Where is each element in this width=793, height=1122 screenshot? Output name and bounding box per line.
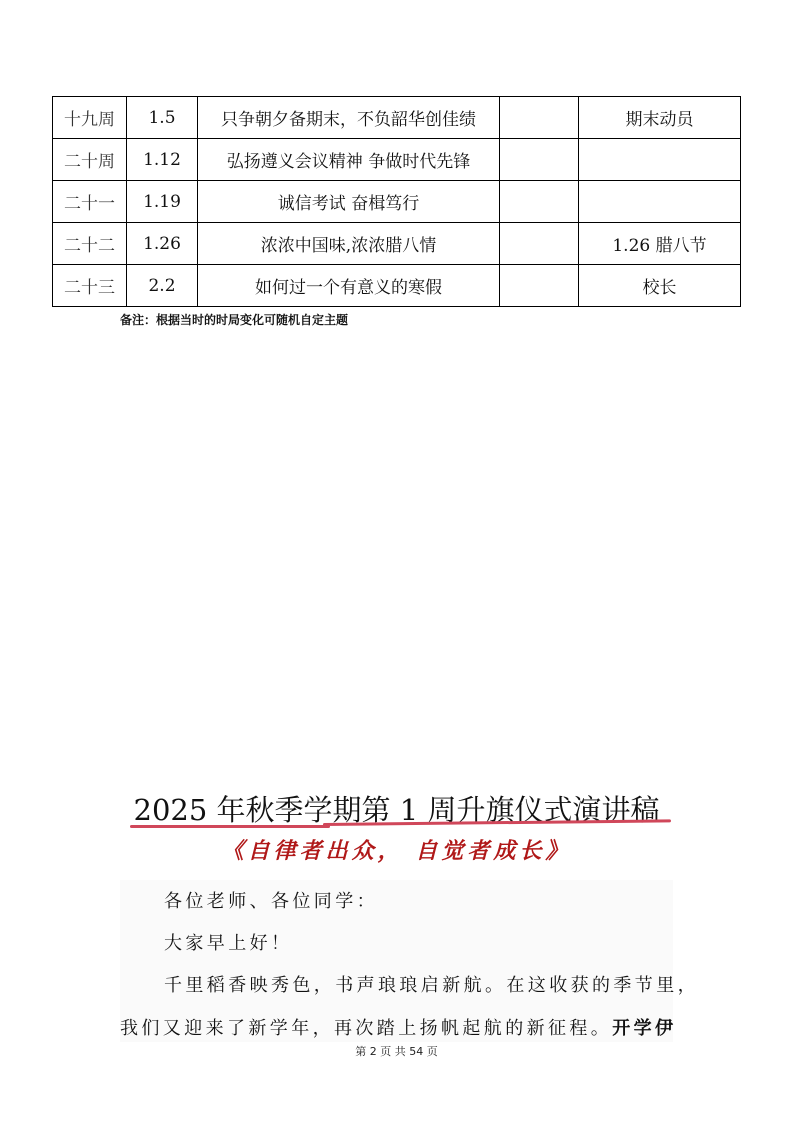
paragraph-line: 我们又迎来了新学年，再次踏上扬帆起航的新征程。开学伊	[120, 1019, 673, 1039]
note-cell	[579, 139, 741, 181]
week-cell: 二十周	[53, 139, 127, 181]
week-cell: 十九周	[53, 97, 127, 139]
date-cell: 1.26	[127, 223, 198, 265]
page-number: 第 2 页 共 54 页	[0, 1043, 793, 1059]
salutation: 各位老师、各位同学：	[164, 892, 717, 912]
title-underline-left	[130, 825, 330, 828]
speech-subtitle: 《自律者出众， 自觉者成长》	[0, 834, 793, 865]
theme-cell: 弘扬遵义会议精神 争做时代先锋	[198, 139, 500, 181]
note-cell	[579, 181, 741, 223]
table-row: 二十二 1.26 浓浓中国味,浓浓腊八情 1.26 腊八节	[53, 223, 741, 265]
empty-cell	[500, 139, 579, 181]
theme-cell: 只争朝夕备期末，不负韶华创佳绩	[198, 97, 500, 139]
weekly-schedule-table: 十九周 1.5 只争朝夕备期末，不负韶华创佳绩 期末动员 二十周 1.12 弘扬…	[52, 96, 741, 307]
week-cell: 二十二	[53, 223, 127, 265]
table-remark: 备注：根据当时的时局变化可随机自定主题	[120, 311, 348, 328]
table-row: 二十一 1.19 诚信考试 奋楫笃行	[53, 181, 741, 223]
note-cell: 期末动员	[579, 97, 741, 139]
paragraph-bold-text: 开学伊	[612, 1018, 676, 1039]
empty-cell	[500, 265, 579, 307]
theme-cell: 诚信考试 奋楫笃行	[198, 181, 500, 223]
theme-cell: 如何过一个有意义的寒假	[198, 265, 500, 307]
theme-cell: 浓浓中国味,浓浓腊八情	[198, 223, 500, 265]
note-cell: 1.26 腊八节	[579, 223, 741, 265]
table-row: 十九周 1.5 只争朝夕备期末，不负韶华创佳绩 期末动员	[53, 97, 741, 139]
table-row: 二十三 2.2 如何过一个有意义的寒假 校长	[53, 265, 741, 307]
table-row: 二十周 1.12 弘扬遵义会议精神 争做时代先锋	[53, 139, 741, 181]
empty-cell	[500, 97, 579, 139]
note-cell: 校长	[579, 265, 741, 307]
greeting: 大家早上好！	[164, 934, 717, 954]
paragraph-text: 我们又迎来了新学年，再次踏上扬帆起航的新征程。	[120, 1018, 612, 1039]
date-cell: 1.19	[127, 181, 198, 223]
week-cell: 二十三	[53, 265, 127, 307]
paragraph-line: 千里稻香映秀色，书声琅琅启新航。在这收获的季节里，	[164, 976, 717, 996]
date-cell: 2.2	[127, 265, 198, 307]
week-cell: 二十一	[53, 181, 127, 223]
empty-cell	[500, 223, 579, 265]
speech-body: 各位老师、各位同学： 大家早上好！ 千里稻香映秀色，书声琅琅启新航。在这收获的季…	[120, 880, 673, 1042]
empty-cell	[500, 181, 579, 223]
date-cell: 1.12	[127, 139, 198, 181]
date-cell: 1.5	[127, 97, 198, 139]
